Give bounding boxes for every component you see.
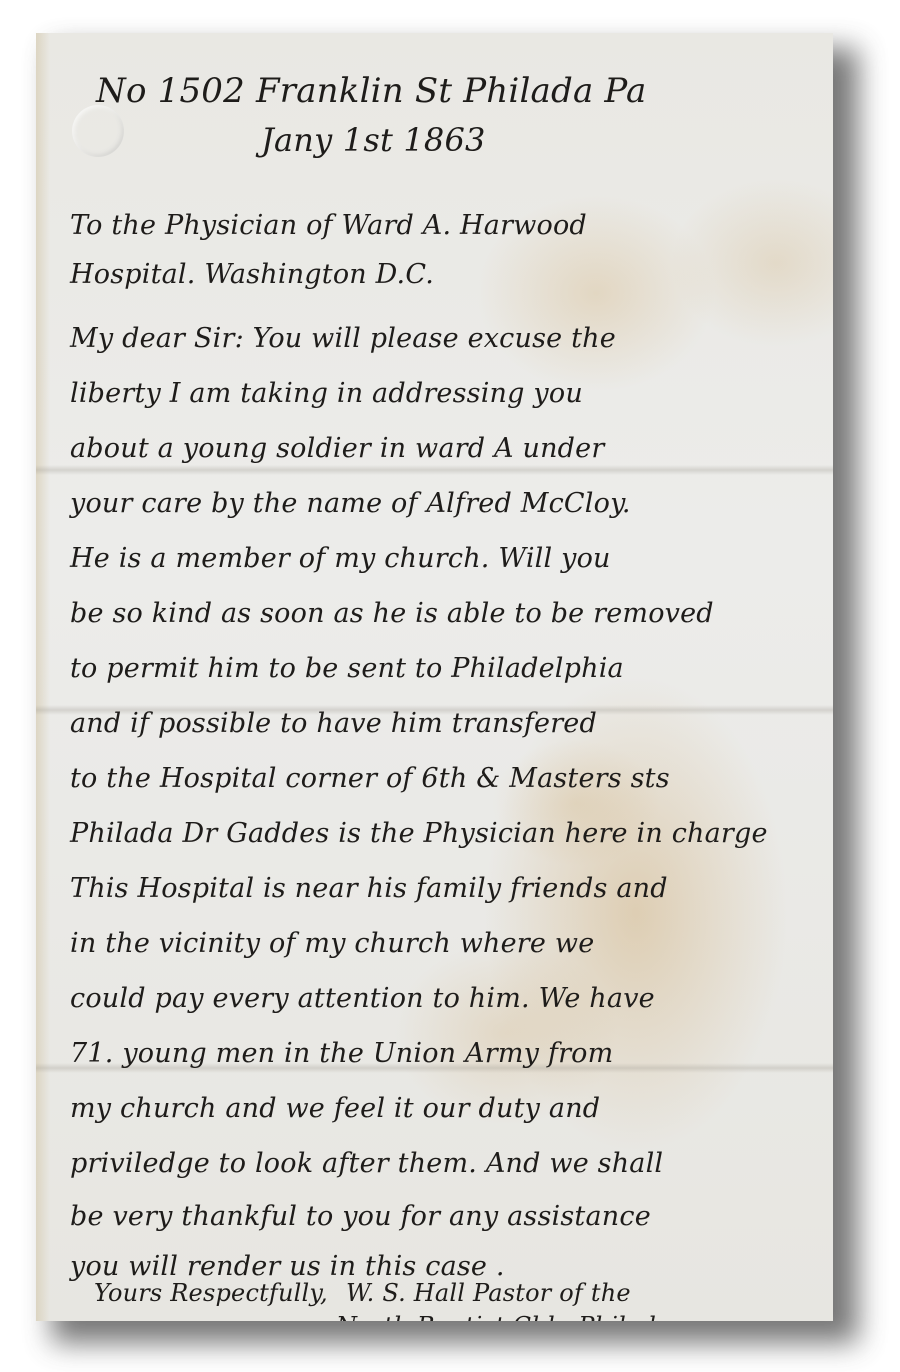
addressee-line: To the Physician of Ward A. Harwood (70, 210, 587, 241)
body-line: my church and we feel it our duty and (70, 1093, 600, 1124)
body-line: This Hospital is near his family friends… (70, 873, 668, 904)
body-line: He is a member of my church. Will you (70, 543, 611, 574)
embossed-seal (72, 105, 124, 157)
signer-title: North Baptist Chh. Philada (336, 1312, 671, 1321)
sender-address: No 1502 Franklin St Philada Pa (96, 71, 646, 111)
body-line: be very thankful to you for any assistan… (70, 1201, 651, 1232)
body-line: your care by the name of Alfred McCloy. (70, 488, 631, 519)
body-line: could pay every attention to him. We hav… (70, 983, 655, 1014)
paper-fold-line (36, 465, 833, 475)
letter-date: Jany 1st 1863 (261, 121, 486, 159)
body-line: about a young soldier in ward A under (70, 433, 604, 464)
body-line: priviledge to look after them. And we sh… (70, 1148, 663, 1179)
addressee-line: Hospital. Washington D.C. (70, 259, 434, 290)
body-line: liberty I am taking in addressing you (70, 378, 583, 409)
body-line: 71. young men in the Union Army from (70, 1038, 613, 1069)
body-line: to permit him to be sent to Philadelphia (70, 653, 624, 684)
valediction: Yours Respectfully, (94, 1279, 328, 1307)
body-line: My dear Sir: You will please excuse the (70, 323, 616, 354)
signature: W. S. Hall Pastor of the (346, 1279, 631, 1307)
body-line: to the Hospital corner of 6th & Masters … (70, 763, 670, 794)
body-line: in the vicinity of my church where we (70, 928, 594, 959)
letter-page: No 1502 Franklin St Philada Pa Jany 1st … (36, 33, 833, 1321)
body-line: be so kind as soon as he is able to be r… (70, 598, 714, 629)
body-line: and if possible to have him transfered (70, 708, 597, 739)
body-line: you will render us in this case . (70, 1251, 505, 1282)
body-line: Philada Dr Gaddes is the Physician here … (70, 818, 768, 849)
